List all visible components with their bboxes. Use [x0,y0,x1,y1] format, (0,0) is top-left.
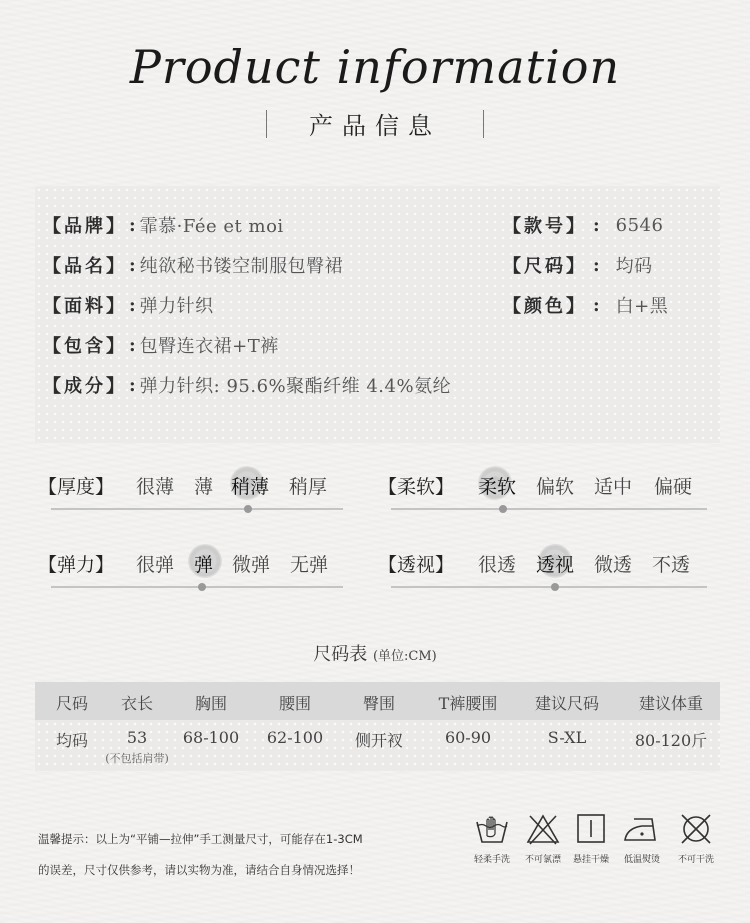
info-value: 白+黑 [616,292,669,318]
header-cell: 建议体重 [623,691,719,714]
scale-option: 偏硬 [654,472,692,499]
body-cell: 62-100 [257,728,333,747]
info-key: 【面料】 [43,292,127,318]
title-chinese-group: 产品信息 [0,106,750,141]
info-key: 【尺码】 [503,252,587,278]
scale-marker [499,505,507,513]
scale-option-selected: 稍薄 [231,472,269,499]
title-english: Product information [0,40,750,94]
scale-marker [244,505,252,513]
care-no-bleach: 不可氯漂 [516,812,570,865]
care-low-iron: 低温熨烫 [615,812,669,865]
size-chart-heading: 尺码表 [313,644,367,665]
header-cell: 尺码 [35,691,109,714]
scale-thickness: 【厚度】 很薄 薄 稍薄 稍厚 [38,472,348,532]
scale-marker [551,583,559,591]
info-row-color: 【颜色】 : 白+黑 [503,293,668,317]
info-row-fabric: 【面料】 : 弹力针织 [43,293,214,317]
care-label: 悬挂干燥 [564,852,618,865]
body-cell: 53 [109,728,165,747]
info-row-composition: 【成分】 : 弹力针织: 95.6%聚酯纤维 4.4%氨纶 [43,373,451,397]
body-cell: 68-100 [173,728,249,747]
length-note: (不包括肩带) [89,750,185,766]
body-cell: 侧开衩 [341,728,417,751]
scale-option: 偏软 [536,472,574,499]
title-chinese: 产品信息 [309,106,441,141]
size-table: 尺码 衣长 胸围 腰围 臀围 T裤腰围 建议尺码 建议体重 均码 53 (不包括… [35,682,720,771]
info-row-style-number: 【款号】 : 6546 [503,213,663,237]
body-cell: 80-120斤 [623,728,719,751]
scale-option: 无弹 [290,550,328,577]
scale-option-selected: 柔软 [478,472,516,499]
scale-option: 微透 [594,550,632,577]
info-colon: : [129,335,136,356]
info-colon: : [593,255,600,276]
header-cell: T裤腰围 [425,691,511,714]
info-colon: : [593,295,600,316]
scale-track [51,508,343,510]
header-cell: 胸围 [173,691,249,714]
info-key: 【款号】 [503,212,587,238]
info-row-includes: 【包含】 : 包臀连衣裙+T裤 [43,333,279,357]
no-bleach-icon [525,812,561,846]
care-label: 低温熨烫 [615,852,669,865]
info-row-name: 【品名】 : 纯欲秘书镂空制服包臀裙 [43,253,343,277]
measurement-tip: 温馨提示：以上为“平铺—拉伸”手工测量尺寸，可能存在1-3CM 的误差，尺寸仅供… [38,824,363,886]
tip-line-1: 温馨提示：以上为“平铺—拉伸”手工测量尺寸，可能存在1-3CM [38,824,363,855]
care-label: 不可干洗 [669,852,723,865]
hand-wash-icon [474,812,510,846]
scale-track [51,586,343,588]
info-colon: : [129,215,136,236]
no-dry-clean-icon [678,812,714,846]
scale-transparency: 【透视】 很透 透视 微透 不透 [378,550,708,610]
header-cell: 建议尺码 [519,691,615,714]
scale-track [391,586,707,588]
info-key: 【品牌】 [43,212,127,238]
scale-option: 不透 [652,550,690,577]
info-value: 霏慕·Fée et moi [140,212,284,238]
info-value: 纯欲秘书镂空制服包臀裙 [140,252,344,278]
info-value: 弹力针织 [140,292,214,318]
info-value: 弹力针织: 95.6%聚酯纤维 4.4%氨纶 [140,372,451,398]
scale-softness: 【柔软】 柔软 偏软 适中 偏硬 [378,472,708,532]
info-colon: : [129,255,136,276]
body-cell: 均码 [35,728,109,751]
title-divider-left [266,110,267,138]
header-cell: 衣长 [109,691,165,714]
info-key: 【颜色】 [503,292,587,318]
scale-option: 很透 [478,550,516,577]
info-colon: : [129,375,136,396]
info-value: 包臀连衣裙+T裤 [140,332,279,358]
scale-label: 【柔软】 [378,472,454,499]
scale-option: 很弹 [136,550,174,577]
header-cell: 腰围 [257,691,333,714]
care-hang-dry: 悬挂干燥 [564,812,618,865]
care-label: 不可氯漂 [516,852,570,865]
size-chart-unit: (单位:CM) [373,649,437,664]
info-row-size: 【尺码】 : 均码 [503,253,653,277]
scale-option: 薄 [194,472,213,499]
scale-elasticity: 【弹力】 很弹 弹 微弹 无弹 [38,550,348,610]
scale-label: 【弹力】 [38,550,114,577]
info-row-brand: 【品牌】 : 霏慕·Fée et moi [43,213,284,237]
scale-option-selected: 弹 [194,550,213,577]
size-table-header: 尺码 衣长 胸围 腰围 臀围 T裤腰围 建议尺码 建议体重 [35,682,720,720]
scale-option: 稍厚 [289,472,327,499]
size-chart-title: 尺码表 (单位:CM) [0,640,750,666]
scale-label: 【厚度】 [38,472,114,499]
scale-option: 很薄 [136,472,174,499]
scale-label: 【透视】 [378,550,454,577]
care-no-dry-clean: 不可干洗 [669,812,723,865]
info-value: 6546 [616,215,664,236]
body-cell: 60-90 [425,728,511,747]
care-label: 轻柔手洗 [465,852,519,865]
title-divider-right [483,110,484,138]
hang-dry-icon [573,812,609,846]
tip-line-2: 的误差，尺寸仅供参考，请以实物为准，请结合自身情况选择！ [38,855,363,886]
info-key: 【品名】 [43,252,127,278]
info-value: 均码 [616,252,653,278]
info-colon: : [129,295,136,316]
body-cell: S-XL [519,728,615,747]
scale-track [391,508,707,510]
info-key: 【成分】 [43,372,127,398]
scale-option: 微弹 [232,550,270,577]
scale-option-selected: 透视 [536,550,574,577]
care-hand-wash: 轻柔手洗 [465,812,519,865]
info-colon: : [593,215,600,236]
size-table-row: 均码 53 (不包括肩带) 68-100 62-100 侧开衩 60-90 S-… [35,720,720,771]
scale-option: 适中 [594,472,632,499]
low-iron-icon [622,812,662,846]
scale-marker [198,583,206,591]
info-key: 【包含】 [43,332,127,358]
header-cell: 臀围 [341,691,417,714]
product-info-panel: 【品牌】 : 霏慕·Fée et moi 【品名】 : 纯欲秘书镂空制服包臀裙 … [35,186,720,443]
